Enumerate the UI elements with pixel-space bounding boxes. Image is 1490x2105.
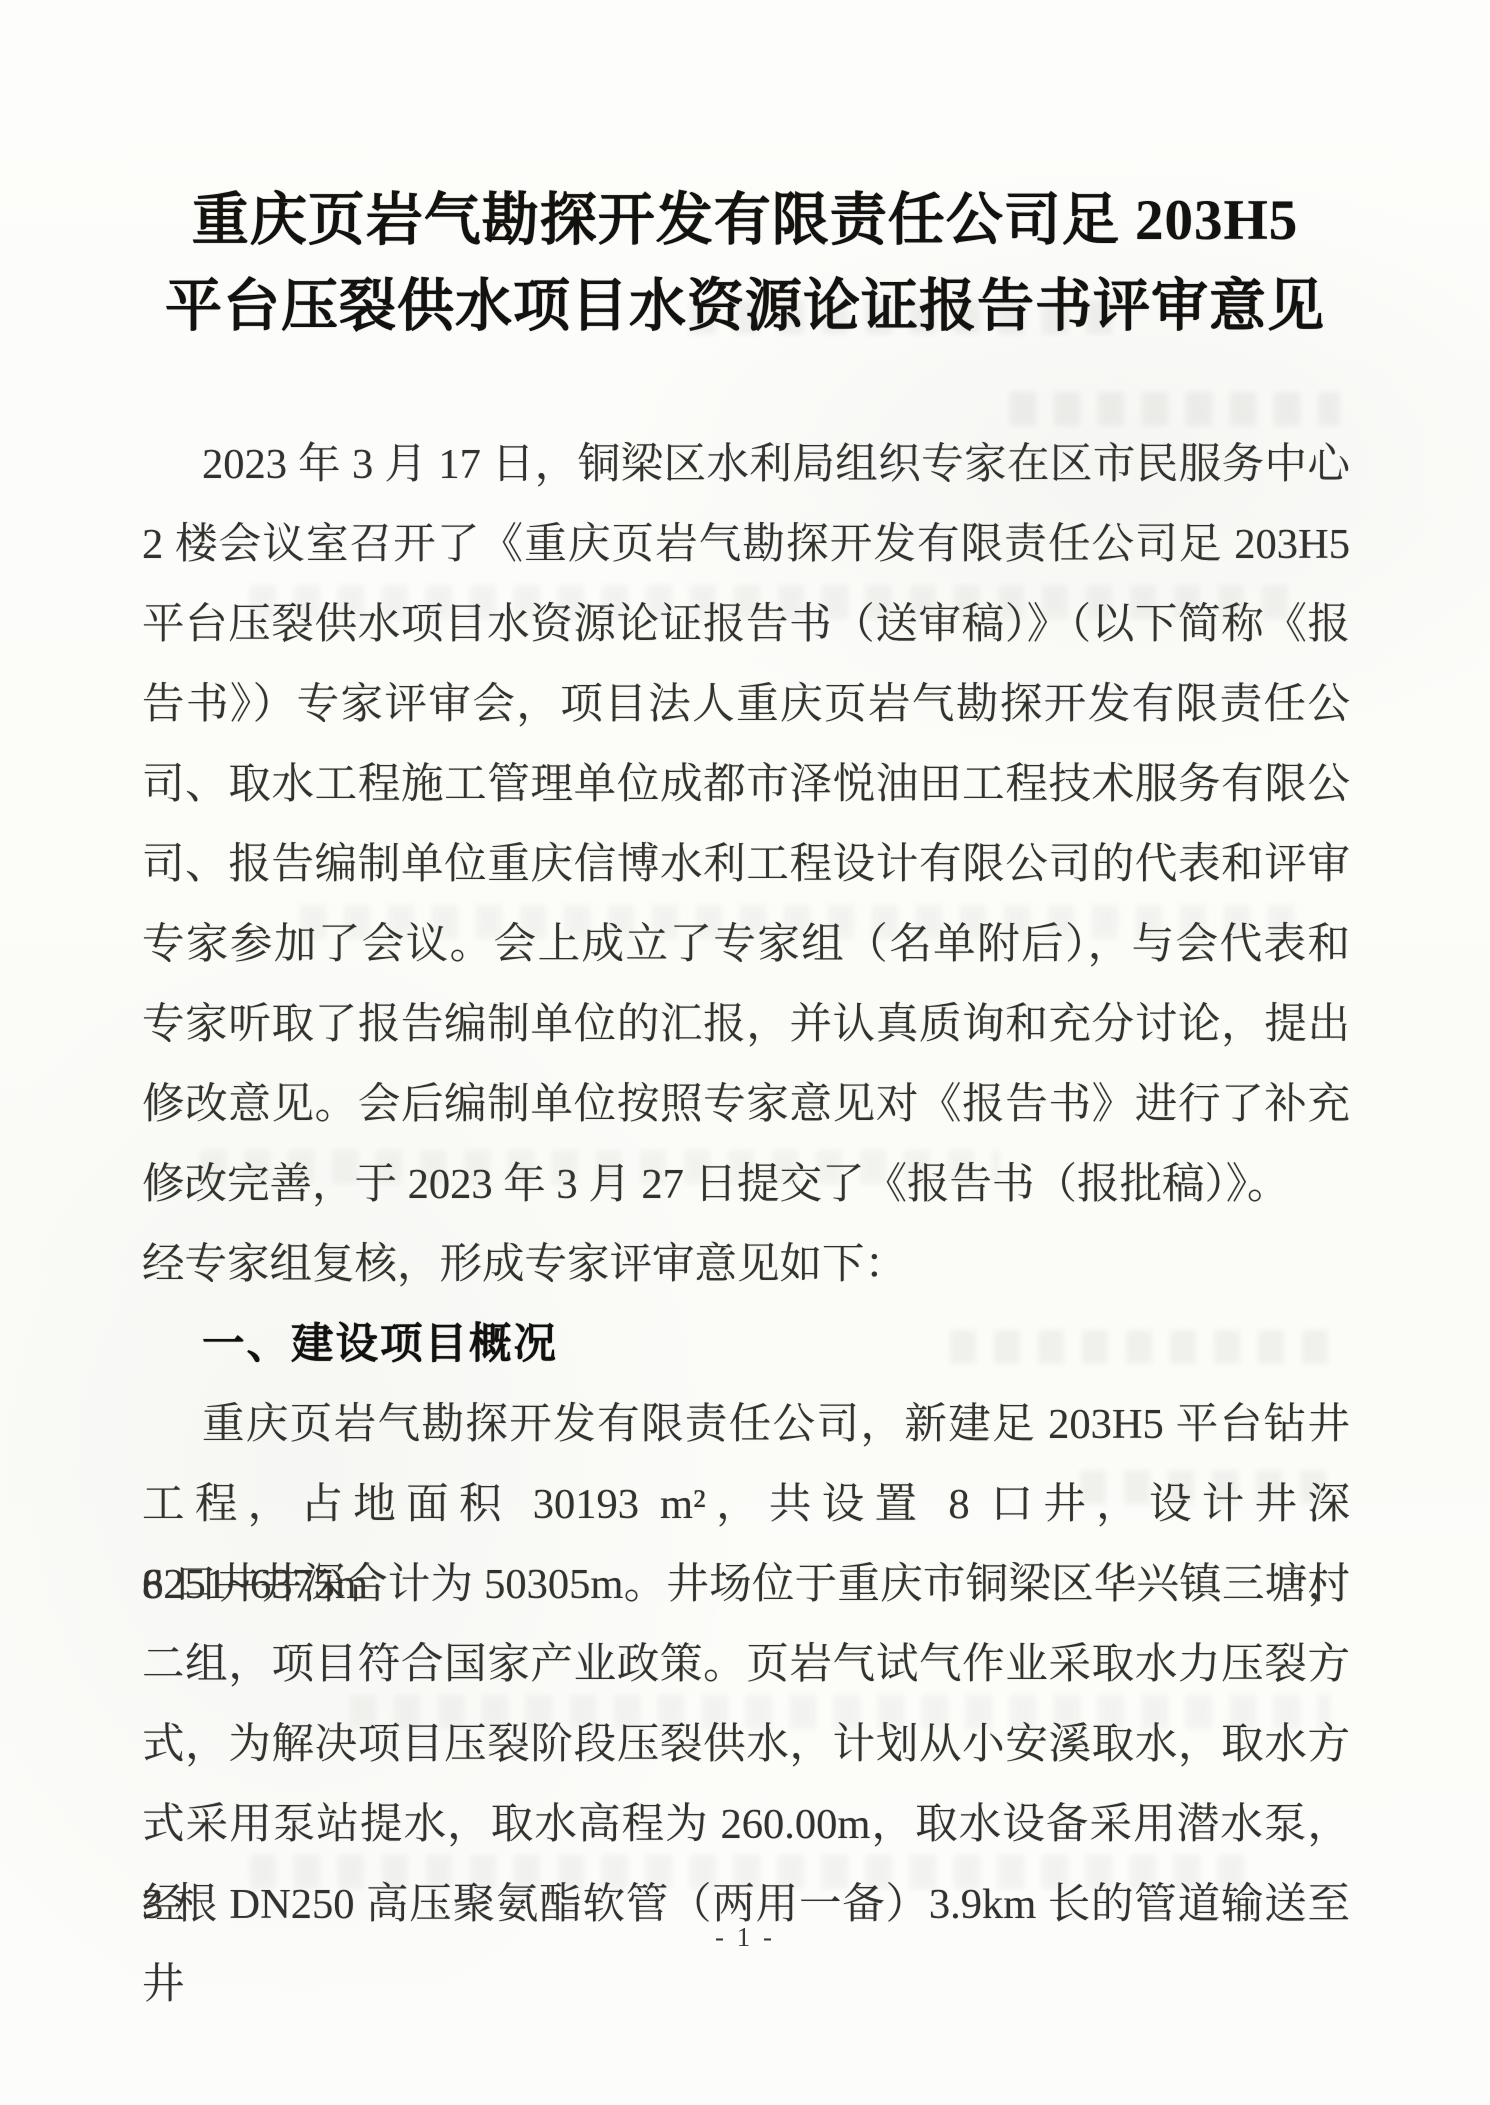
section1-line: 式，为解决项目压裂阶段压裂供水，计划从小安溪取水，取水方	[142, 1705, 1350, 1785]
bleedthrough-artifact	[1010, 392, 1340, 426]
scanned-document-page: 重庆页岩气勘探开发有限责任公司足 203H5 平台压裂供水项目水资源论证报告书评…	[0, 0, 1490, 2105]
paragraph1-line: 专家参加了会议。会上成立了专家组（名单附后），与会代表和	[142, 905, 1350, 985]
section1-line: 重庆页岩气勘探开发有限责任公司，新建足 203H5 平台钻井	[142, 1385, 1350, 1465]
paragraph1-line: 司、报告编制单位重庆信博水利工程设计有限公司的代表和评审	[142, 825, 1350, 905]
paragraph1-line: 修改完善，于 2023 年 3 月 27 日提交了《报告书（报批稿）》。	[142, 1145, 1350, 1225]
document-title-line1: 重庆页岩气勘探开发有限责任公司足 203H5	[70, 178, 1420, 264]
document-title: 重庆页岩气勘探开发有限责任公司足 203H5 平台压裂供水项目水资源论证报告书评…	[70, 178, 1420, 350]
paragraph1-line: 平台压裂供水项目水资源论证报告书（送审稿）》（以下简称《报	[142, 585, 1350, 665]
paragraph1-line: 司、取水工程施工管理单位成都市泽悦油田工程技术服务有限公	[142, 745, 1350, 825]
paragraph1-line: 告书》）专家评审会，项目法人重庆页岩气勘探开发有限责任公	[142, 665, 1350, 745]
section1-line: 8 口井井深合计为 50305m。井场位于重庆市铜梁区华兴镇三塘村	[142, 1545, 1350, 1625]
page-number: - 1 -	[0, 1922, 1490, 1953]
paragraph1-line: 专家听取了报告编制单位的汇报，并认真质询和充分讨论，提出	[142, 985, 1350, 1065]
paragraph1-line: 2 楼会议室召开了《重庆页岩气勘探开发有限责任公司足 203H5	[142, 505, 1350, 585]
section1-line: 工程，占地面积 30193 m²，共设置 8 口井，设计井深 6251~6375…	[142, 1465, 1350, 1545]
section1-line: 二组，项目符合国家产业政策。页岩气试气作业采取水力压裂方	[142, 1625, 1350, 1705]
document-body: 2023 年 3 月 17 日，铜梁区水利局组织专家在区市民服务中心 2 楼会议…	[142, 425, 1350, 1945]
paragraph1-line: 2023 年 3 月 17 日，铜梁区水利局组织专家在区市民服务中心	[142, 425, 1350, 505]
document-title-line2: 平台压裂供水项目水资源论证报告书评审意见	[70, 264, 1420, 350]
paragraph1-line: 经专家组复核，形成专家评审意见如下：	[142, 1225, 1350, 1305]
section1-heading: 一、建设项目概况	[142, 1305, 1350, 1385]
section1-line: 式采用泵站提水，取水高程为 260.00m，取水设备采用潜水泵，经	[142, 1785, 1350, 1865]
paragraph1-line: 修改意见。会后编制单位按照专家意见对《报告书》进行了补充	[142, 1065, 1350, 1145]
